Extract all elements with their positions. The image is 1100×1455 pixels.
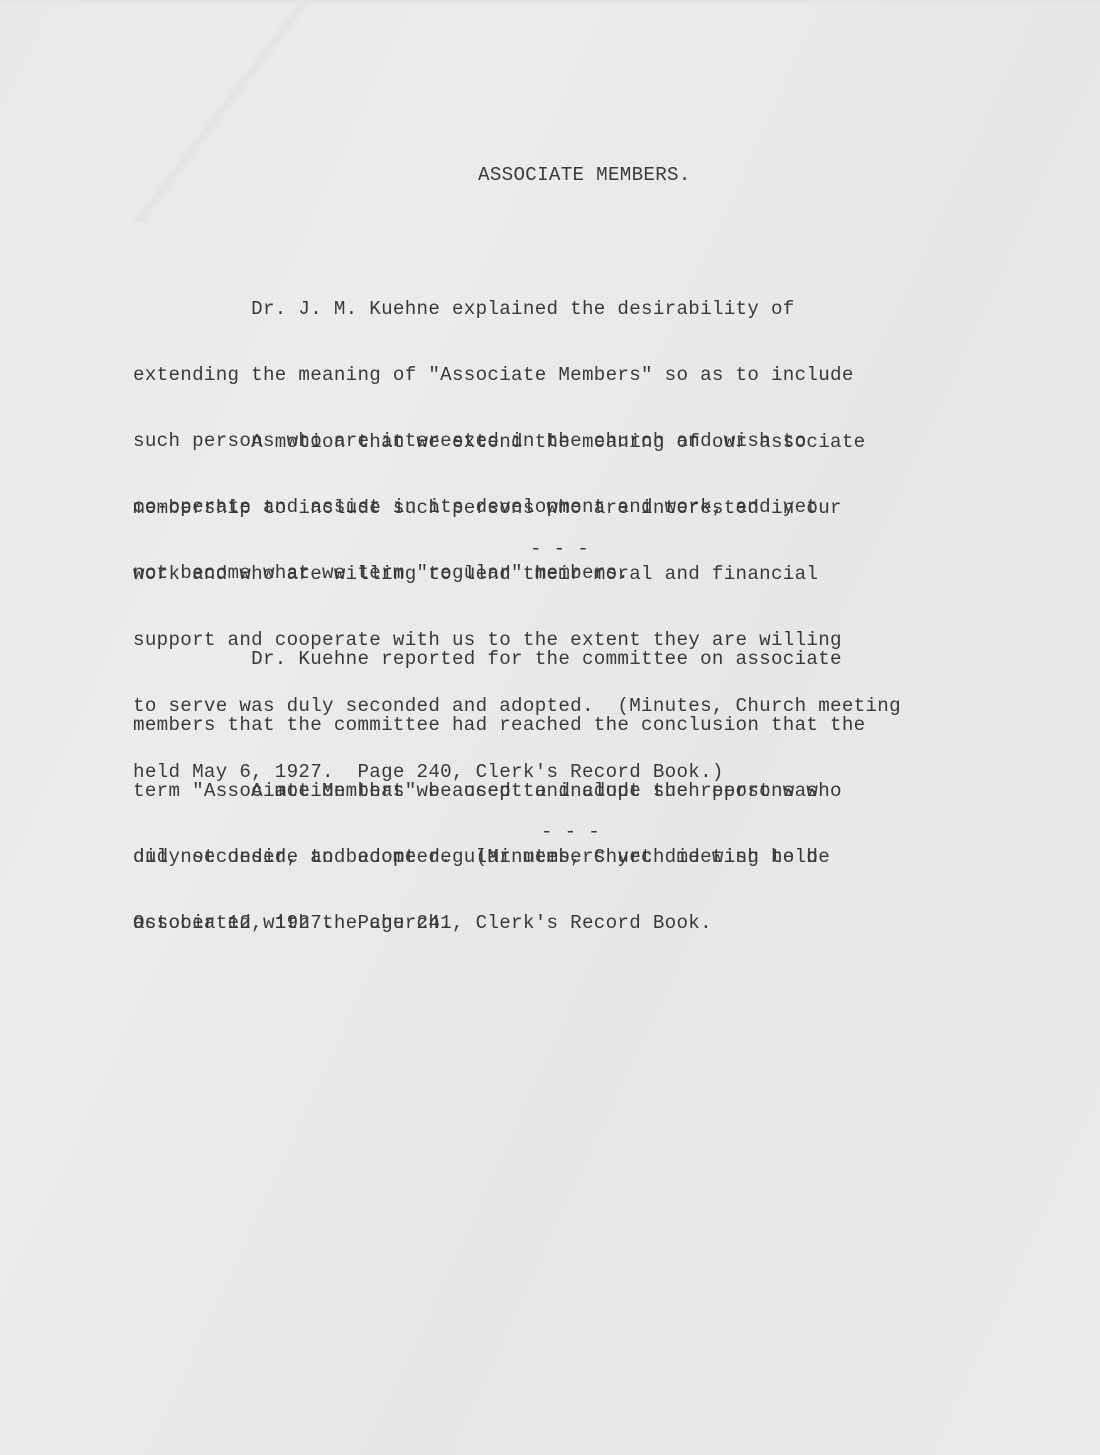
- paragraph-motion-october-1927: A motion that we accept and adopt the re…: [133, 736, 818, 978]
- typewritten-page: ASSOCIATE MEMBERS. Dr. J. M. Kuehne expl…: [0, 3, 1100, 1455]
- text-line: A motion that we extend the meaning of o…: [133, 431, 901, 453]
- text-line: Dr. Kuehne reported for the committee on…: [133, 648, 866, 670]
- document-title: ASSOCIATE MEMBERS.: [478, 164, 691, 186]
- paper-fold-shadow: [96, 3, 343, 223]
- text-line: October 12, 1927. Page 241, Clerk's Reco…: [133, 912, 818, 934]
- text-line: extending the meaning of "Associate Memb…: [133, 364, 854, 386]
- section-separator: - - -: [530, 538, 589, 560]
- text-line: members that the committee had reached t…: [133, 714, 866, 736]
- text-line: duly seconded, and adopted. (Minutes, Ch…: [133, 846, 818, 868]
- section-separator: - - -: [541, 821, 600, 843]
- text-line: A motion that we accept and adopt the re…: [133, 780, 818, 802]
- text-line: work and who are willing to lend their m…: [133, 563, 901, 585]
- text-line: Dr. J. M. Kuehne explained the desirabil…: [133, 298, 854, 320]
- text-line: membership to include such persons who a…: [133, 497, 901, 519]
